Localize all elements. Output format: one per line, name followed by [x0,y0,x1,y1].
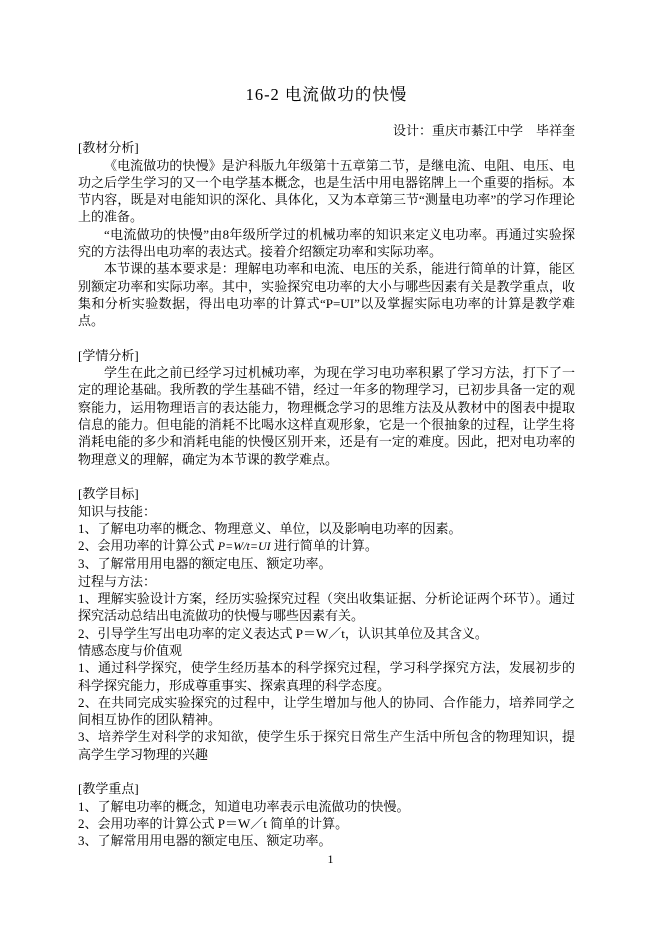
material-analysis-paragraph-2: “电流做功的快慢”由8年级所学过的机械功率的知识来定义电功率。再通过实验探究的方… [78,226,575,261]
section-material-analysis: [教材分析] 《电流做功的快慢》是沪科版九年级第十五章第二节，是继电流、电阻、电… [78,139,575,329]
section-student-analysis: [学情分析] 学生在此之前已经学习过机械功率，为现在学习电功率积累了学习方法，打… [78,347,575,468]
process-methods-item-2: 2、引导学生写出电功率的定义表达式 P＝W／t，认识其单位及其含义。 [78,625,575,642]
knowledge-skills-item-2: 2、会用功率的计算公式 P=W/t=UI 进行简单的计算。 [78,537,575,555]
knowledge-skills-item-2-prefix: 2、会用功率的计算公式 [78,538,218,553]
teaching-focus-item-2: 2、会用功率的计算公式 P＝W／t 简单的计算。 [78,815,575,832]
page-number: 1 [0,852,661,867]
power-formula: P=W/t=UI [218,539,271,553]
section-spacer [78,763,575,780]
process-methods-item-1: 1、理解实验设计方案，经历实验探究过程（突出收集证据、分析论证两个环节）。通过探… [78,590,575,625]
page-title: 16-2 电流做功的快慢 [78,85,575,105]
section-teaching-objectives: [教学目标] 知识与技能： 1、了解电功率的概念、物理意义、单位，以及影响电功率… [78,485,575,763]
teaching-focus-item-3: 3、了解常用用电器的额定电压、额定功率。 [78,832,575,849]
document-page: 16-2 电流做功的快慢 设计：重庆市綦江中学 毕祥奎 [教材分析] 《电流做功… [0,0,661,935]
section-heading-teaching-objectives: [教学目标] [78,485,575,502]
knowledge-skills-label: 知识与技能： [78,503,575,520]
teaching-focus-item-1: 1、了解电功率的概念，知道电功率表示电流做功的快慢。 [78,798,575,815]
material-analysis-paragraph-1: 《电流做功的快慢》是沪科版九年级第十五章第二节，是继电流、电阻、电压、电功之后学… [78,157,575,226]
emotion-values-label: 情感态度与价值观 [78,642,575,659]
byline: 设计：重庆市綦江中学 毕祥奎 [78,122,575,139]
emotion-values-item-2: 2、在共同完成实验探究的过程中，让学生增加与他人的协同、合作能力，培养同学之间相… [78,694,575,729]
knowledge-skills-item-3: 3、了解常用用电器的额定电压、额定功率。 [78,555,575,572]
material-analysis-paragraph-3: 本节课的基本要求是：理解电功率和电流、电压的关系，能进行简单的计算，能区别额定功… [78,260,575,329]
section-spacer [78,468,575,485]
section-teaching-focus: [教学重点] 1、了解电功率的概念，知道电功率表示电流做功的快慢。 2、会用功率… [78,780,575,849]
emotion-values-item-1: 1、通过科学探究，使学生经历基本的科学探究过程，学习科学探究方法，发展初步的科学… [78,659,575,694]
section-heading-student-analysis: [学情分析] [78,347,575,364]
knowledge-skills-item-1: 1、了解电功率的概念、物理意义、单位，以及影响电功率的因素。 [78,520,575,537]
section-heading-teaching-focus: [教学重点] [78,780,575,797]
emotion-values-item-3: 3、培养学生对科学的求知欲，使学生乐于探究日常生产生活中所包含的物理知识，提高学… [78,728,575,763]
student-analysis-paragraph-1: 学生在此之前已经学习过机械功率，为现在学习电功率积累了学习方法，打下了一定的理论… [78,364,575,468]
section-spacer [78,330,575,347]
knowledge-skills-item-2-suffix: 进行简单的计算。 [271,538,378,553]
section-heading-material-analysis: [教材分析] [78,139,575,156]
process-methods-label: 过程与方法： [78,573,575,590]
